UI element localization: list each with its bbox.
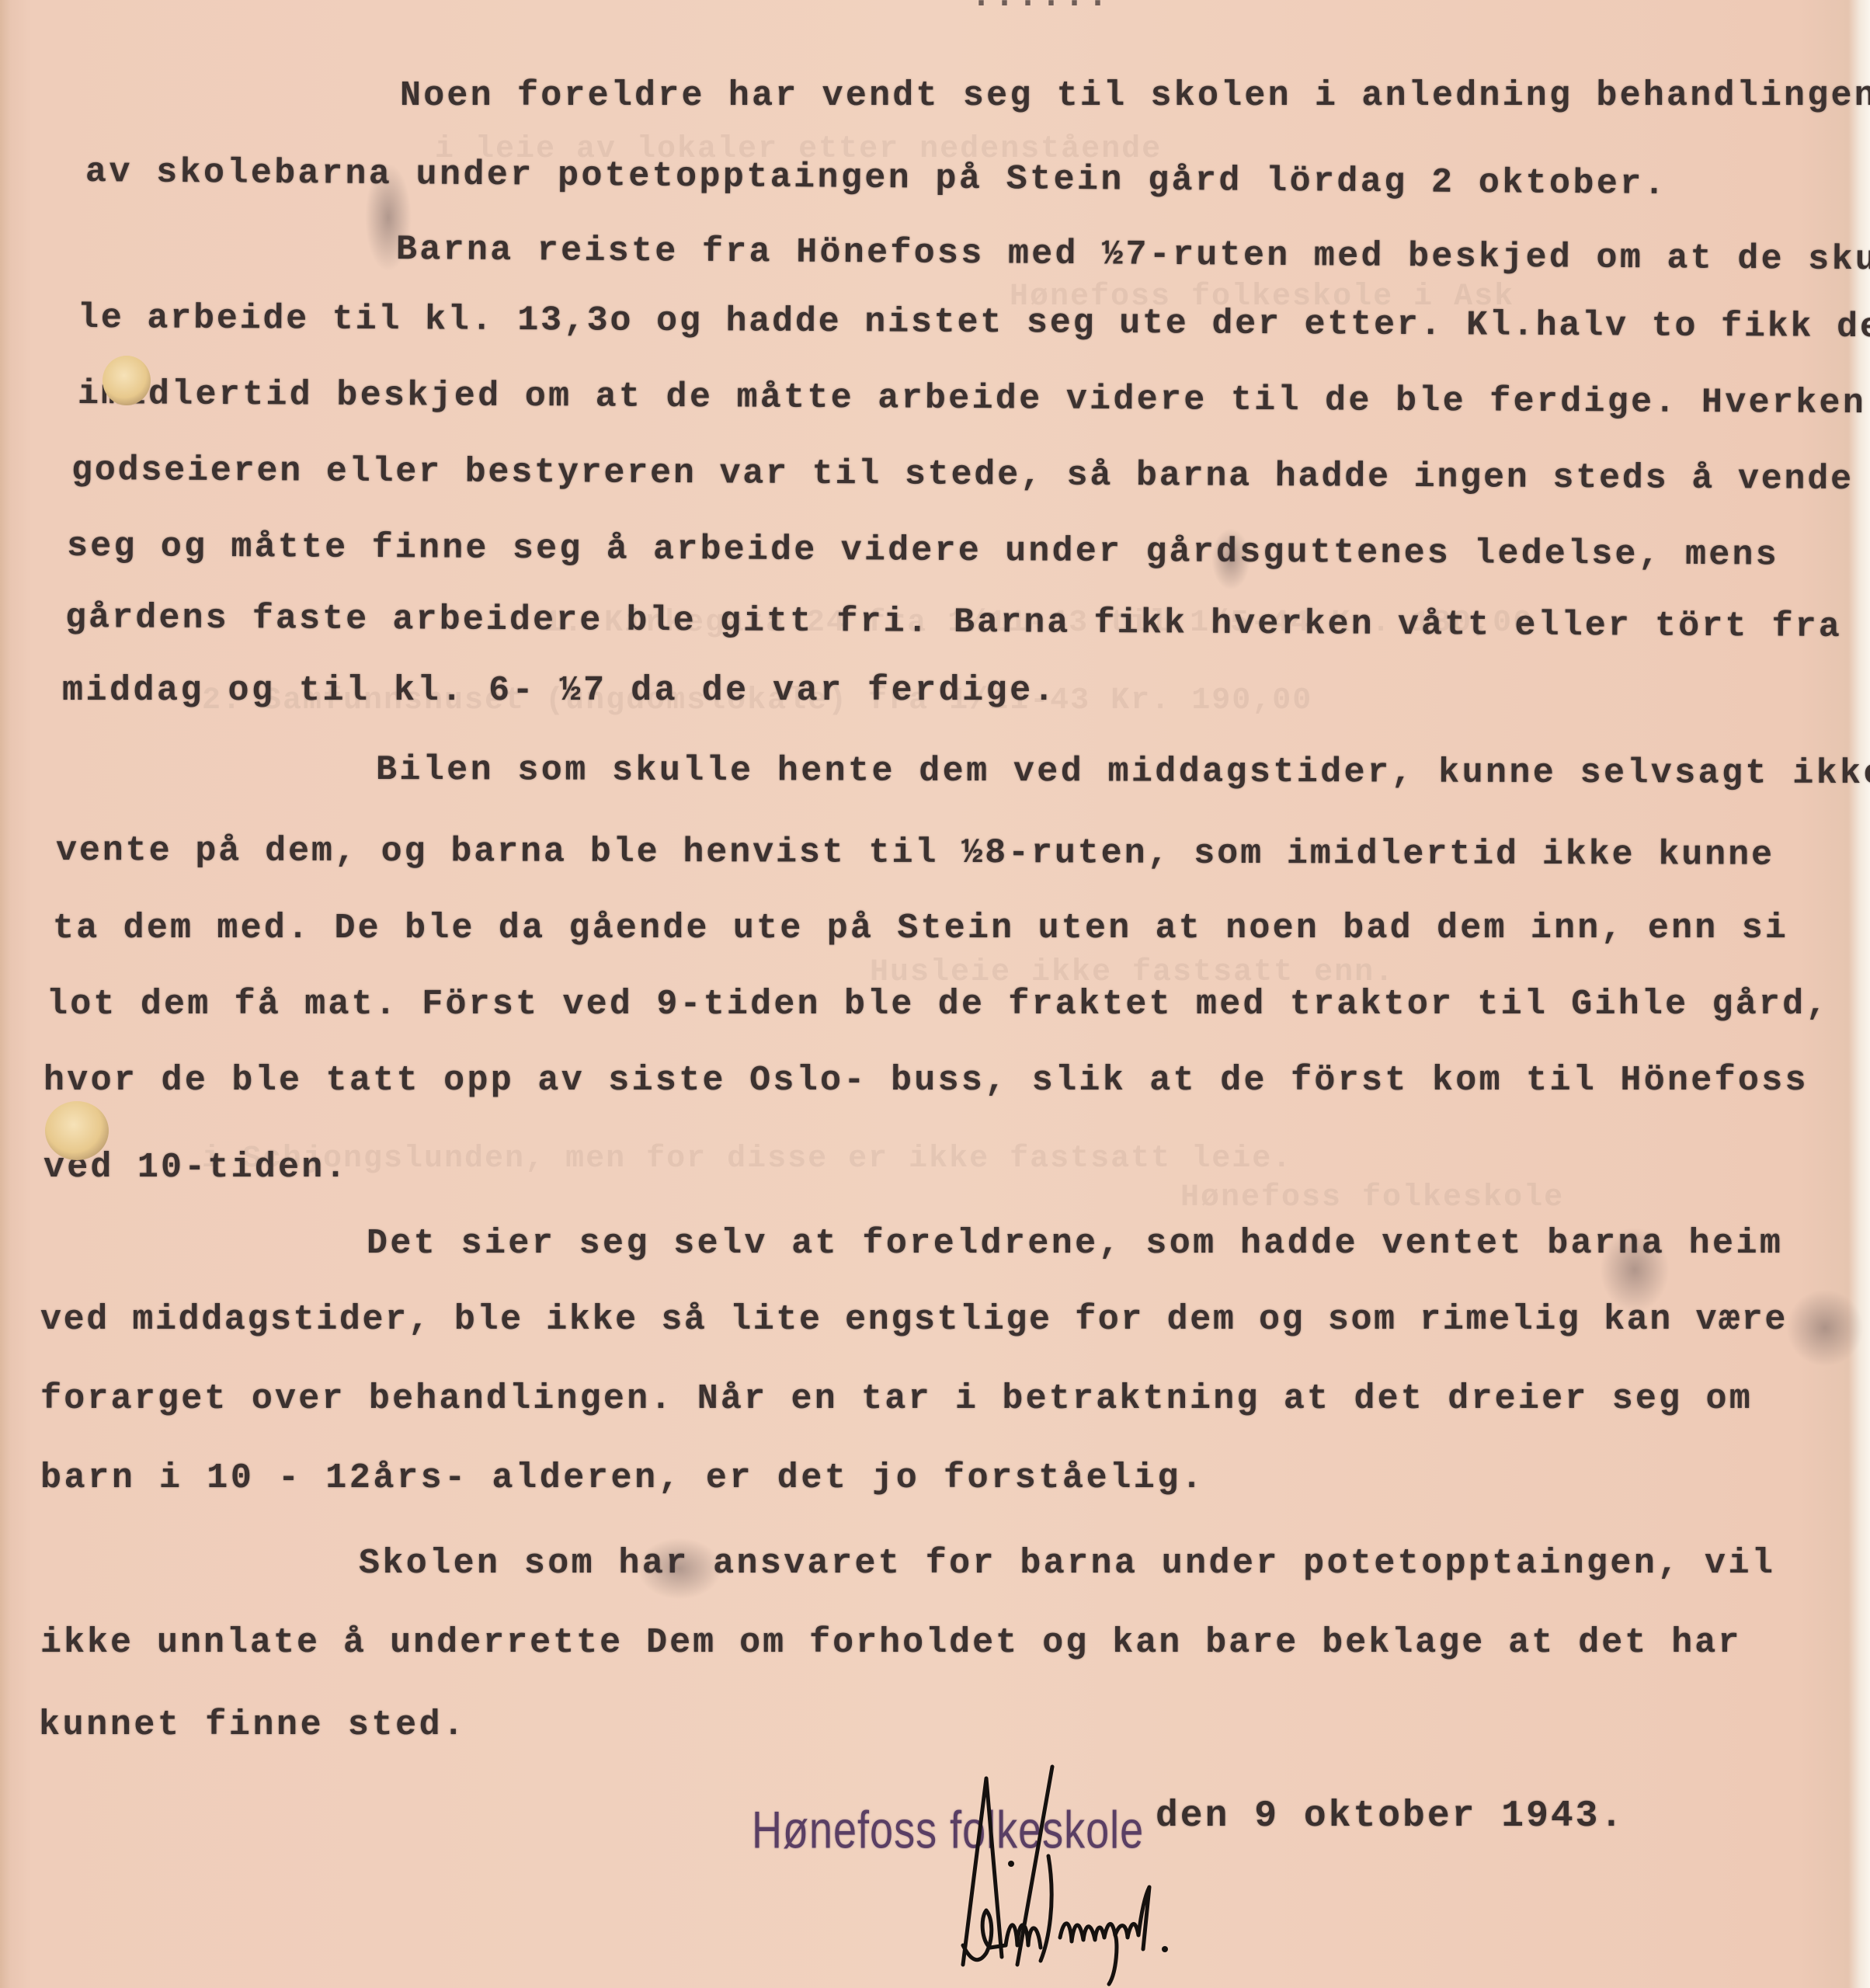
paragraph-4-line-2: ved middagstider, ble ikke så lite engst… <box>40 1300 1788 1340</box>
ink-smudge <box>1211 528 1250 590</box>
paragraph-5-line-3: kunnet finne sted. <box>39 1705 467 1745</box>
paragraph-1-line-2: av skolebarna under potetopptaingen på S… <box>85 152 1667 204</box>
header-cut-off: ...... <box>971 0 1111 16</box>
bleed-through-text: i Schjongslunden, men for disse er ikke … <box>202 1142 1292 1176</box>
handwritten-signature <box>932 1763 1475 1988</box>
paragraph-3-line-4: lot dem få mat. Först ved 9-tiden ble de… <box>47 985 1830 1024</box>
paragraph-1-line-1: Noen foreldre har vendt seg til skolen i… <box>400 76 1870 116</box>
paragraph-3-line-3: ta dem med. De ble da gående ute på Stei… <box>53 909 1788 948</box>
paragraph-4-line-3: forarget over behandlingen. Når en tar i… <box>40 1379 1753 1419</box>
letter-page: i leie av lokaler etter nedenstående Høn… <box>0 0 1870 1988</box>
paragraph-2-line-4: godseieren eller bestyreren var til sted… <box>71 450 1854 499</box>
paragraph-3-line-5: hvor de ble tatt opp av siste Oslo- buss… <box>43 1061 1809 1100</box>
ink-smudge <box>1786 1289 1864 1367</box>
paragraph-3-line-1: Bilen som skulle hente dem ved middagsti… <box>376 750 1870 794</box>
bleed-through-text: Hønefoss folkeskole <box>1180 1180 1564 1215</box>
paragraph-4-line-4: barn i 10 - 12års- alderen, er det jo fo… <box>40 1458 1205 1498</box>
paragraph-4-line-1: Det sier seg selv at foreldrene, som had… <box>367 1224 1783 1263</box>
ink-smudge <box>1600 1227 1670 1312</box>
paragraph-5-line-2: ikke unnlate å underrette Dem om forhold… <box>40 1623 1741 1663</box>
punch-hole-bottom <box>45 1101 109 1160</box>
paragraph-2-line-5: seg og måtte finne seg å arbeide videre … <box>67 527 1779 575</box>
paragraph-2-line-1: Barna reiste fra Hönefoss med ½7-ruten m… <box>396 230 1870 280</box>
paragraph-3-line-2: vente på dem, og barna ble henvist til ½… <box>56 831 1774 875</box>
punch-hole-top <box>103 356 151 405</box>
ink-smudge <box>365 163 412 272</box>
paragraph-2-line-2: le arbeide til kl. 13,3o og hadde nistet… <box>78 298 1870 347</box>
paragraph-2-line-6: gårdens faste arbeidere ble gitt fri. Ba… <box>65 598 1842 647</box>
paragraph-2-line-3: imidlertid beskjed om at de måtte arbeid… <box>78 374 1866 423</box>
paragraph-5-line-1: Skolen som har ansvaret for barna under … <box>359 1544 1775 1583</box>
ink-smudge <box>637 1538 722 1600</box>
paragraph-2-line-7: middag og til kl. 6- ½7 da de var ferdig… <box>62 671 1057 711</box>
